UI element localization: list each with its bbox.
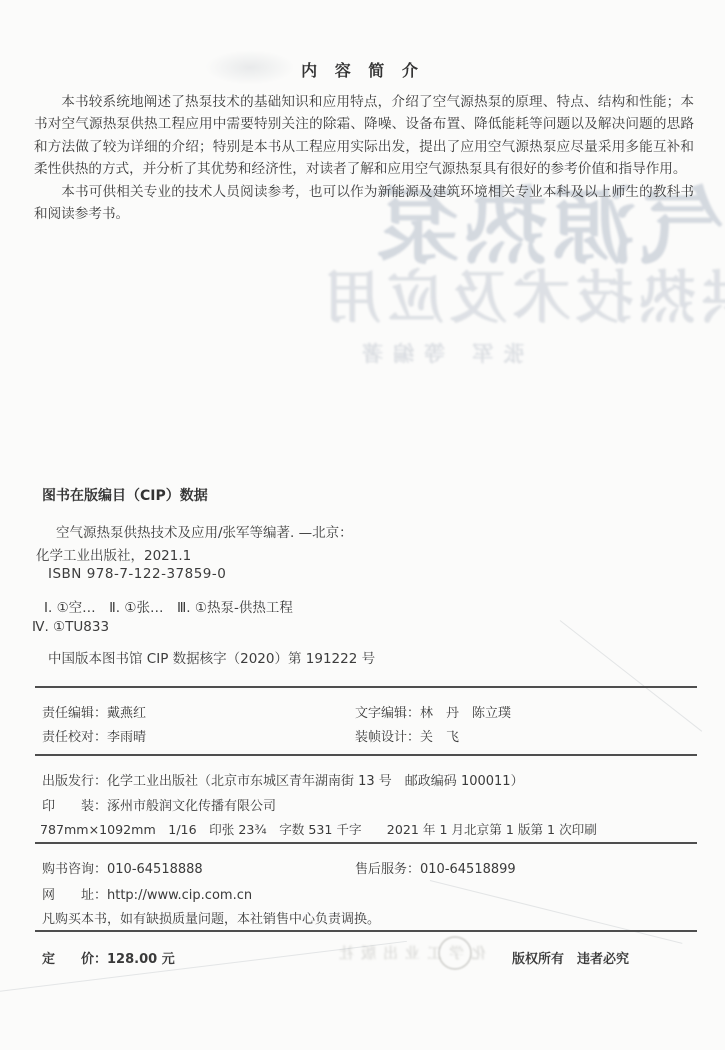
printer-line: 印 装：涿州市般润文化传播有限公司 — [42, 795, 276, 814]
cip-publisher-line: 化学工业出版社，2021.1 — [36, 544, 191, 564]
horizontal-rule — [35, 686, 697, 688]
website-line: 网 址：http://www.cip.com.cn — [42, 884, 252, 903]
scan-crease — [430, 880, 683, 944]
staff-designer: 装帧设计：关 飞 — [355, 726, 459, 745]
horizontal-rule — [35, 930, 697, 932]
content-summary-body: 本书较系统地阐述了热泵技术的基础知识和应用特点，介绍了空气源热泵的原理、特点、结… — [34, 91, 694, 225]
staff-proofreader: 责任校对：李雨晴 — [42, 726, 146, 745]
bleedthrough-cover-authors: 张军 等编著 — [352, 338, 524, 368]
content-summary-paragraph-2: 本书可供相关专业的技术人员阅读参考，也可以作为新能源及建筑环境相关专业本科及以上… — [34, 181, 694, 226]
content-summary-heading: 内 容 简 介 — [0, 58, 725, 81]
cip-title-line: 空气源热泵供热技术及应用/张军等编著. —北京： — [56, 521, 353, 541]
content-summary-paragraph-1: 本书较系统地阐述了热泵技术的基础知识和应用特点，介绍了空气源热泵的原理、特点、结… — [34, 91, 694, 181]
bleedthrough-publisher-logo-circle — [438, 936, 472, 970]
cip-header: 图书在版编目（CIP）数据 — [42, 485, 208, 505]
cip-registry-number: 中国版本图书馆 CIP 数据核字（2020）第 191222 号 — [48, 647, 375, 667]
price: 定 价：128.00 元 — [42, 948, 175, 967]
format-print-run-line: 787mm×1092mm 1/16 印张 23¾ 字数 531 千字 2021 … — [40, 819, 597, 838]
publisher-address-line: 出版发行：化学工业出版社（北京市东城区青年湖南街 13 号 邮政编码 10001… — [42, 770, 524, 789]
book-copyright-page: 空气源热泵 供热技术及应用 张军 等编著 化学工业出版社 内 容 简 介 本书较… — [0, 0, 725, 1050]
after-sales-phone: 售后服务：010-64518899 — [355, 858, 516, 877]
cip-classification-line2: Ⅳ. ①TU833 — [32, 619, 109, 635]
purchase-phone: 购书咨询：010-64518888 — [42, 858, 203, 877]
scan-crease — [560, 620, 702, 732]
cip-classification-line1: Ⅰ. ①空… Ⅱ. ①张… Ⅲ. ①热泵-供热工程 — [44, 596, 293, 616]
staff-text-editor: 文字编辑：林 丹 陈立璞 — [355, 702, 511, 721]
copyright-notice: 版权所有 违者必究 — [512, 948, 629, 967]
staff-responsible-editor: 责任编辑：戴燕红 — [42, 702, 146, 721]
cip-isbn: ISBN 978-7-122-37859-0 — [48, 566, 226, 582]
replacement-notice: 凡购买本书，如有缺损质量问题，本社销售中心负责调换。 — [42, 908, 380, 927]
bleedthrough-cover-title-line2: 供热技术及应用 — [318, 252, 725, 334]
horizontal-rule — [35, 754, 697, 756]
horizontal-rule — [35, 842, 697, 844]
